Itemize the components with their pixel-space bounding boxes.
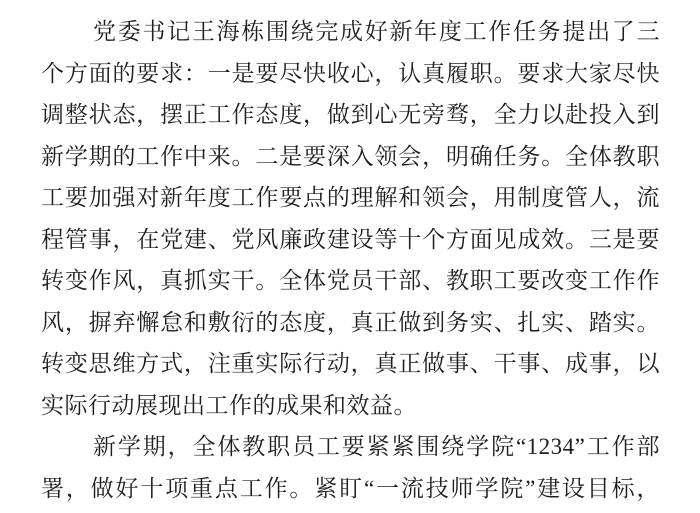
text-line-2: 个方面的要求：一是要尽快收心，认真履职。要求大家尽快 [41,53,660,95]
text-line-10: 实际行动展现出工作的成果和效益。 [41,385,660,427]
text-line-12: 署，做好十项重点工作。紧盯“一流技师学院”建设目标， [41,468,660,510]
text-line-1: 党委书记王海栋围绕完成好新年度工作任务提出了三 [41,11,660,53]
text-line-3: 调整状态，摆正工作态度，做到心无旁骛，全力以赴投入到 [41,94,660,136]
text-line-6: 程管事，在党建、党风廉政建设等十个方面见成效。三是要 [41,219,660,261]
text-line-9: 转变思维方式，注重实际行动，真正做事、干事、成事，以 [41,343,660,385]
text-line-5: 工要加强对新年度工作要点的理解和领会，用制度管人，流 [41,177,660,219]
text-line-11: 新学期，全体教职员工要紧紧围绕学院“1234”工作部 [41,426,660,468]
document-page: 党委书记王海栋围绕完成好新年度工作任务提出了三 个方面的要求：一是要尽快收心，认… [41,11,660,509]
text-line-4: 新学期的工作中来。二是要深入领会，明确任务。全体教职 [41,136,660,178]
text-line-7: 转变作风，真抓实干。全体党员干部、教职工要改变工作作 [41,260,660,302]
text-line-8: 风，摒弃懈怠和敷衍的态度，真正做到务实、扎实、踏实。 [41,302,660,344]
